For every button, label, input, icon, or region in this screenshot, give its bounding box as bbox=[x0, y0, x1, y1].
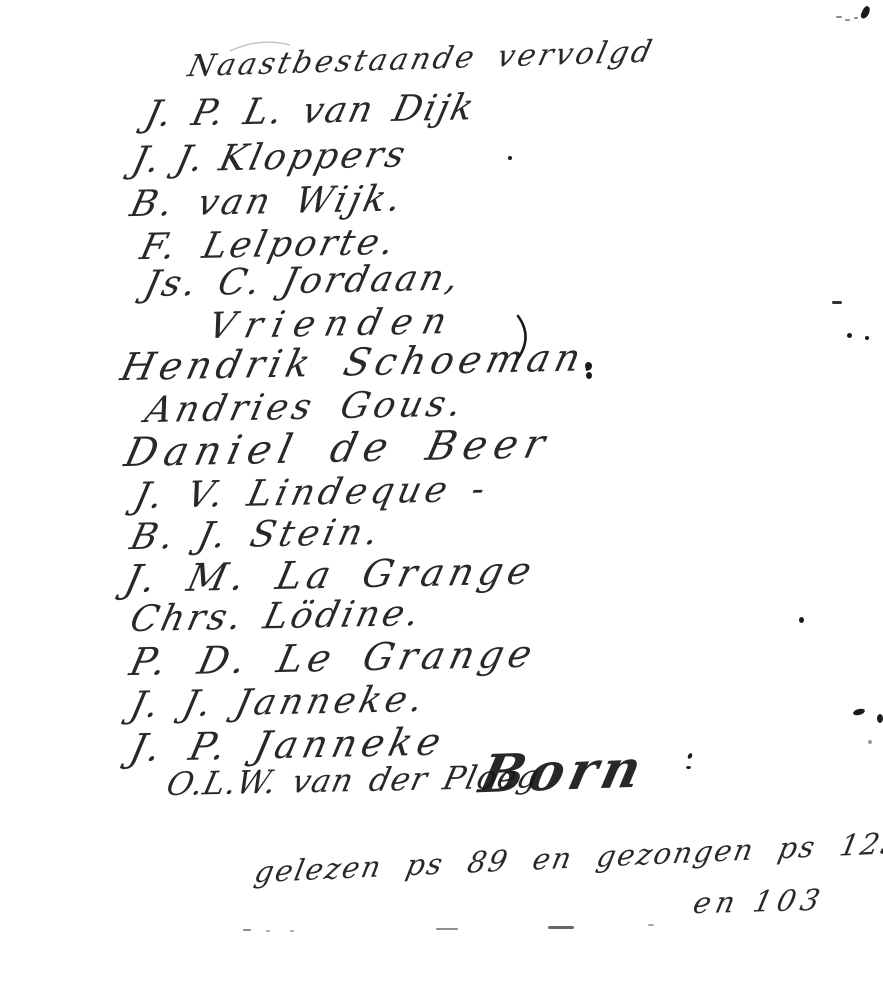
footer-psalms-line-1: gelezen ps 89 en gezongen ps 125:2 bbox=[252, 827, 883, 887]
born-annotation: Born bbox=[475, 743, 651, 801]
ink-speck bbox=[266, 930, 270, 932]
ink-speck bbox=[868, 740, 872, 744]
ink-speck bbox=[845, 19, 850, 21]
name-line-van-dijk: J. P. L. van Dijk bbox=[142, 90, 479, 133]
ink-speck bbox=[877, 714, 883, 723]
name-line-lodine: Chrs. Lödine. bbox=[127, 596, 426, 638]
name-line-stein: B. J. Stein. bbox=[127, 515, 386, 556]
ink-speck bbox=[508, 156, 512, 160]
ink-speck bbox=[686, 766, 691, 769]
ink-speck bbox=[290, 930, 294, 932]
name-line-le-grange: P. D. Le Grange bbox=[126, 635, 540, 682]
ink-speck bbox=[585, 362, 592, 370]
footer-psalms-line-2: en 103 bbox=[691, 886, 828, 919]
name-line-jordaan: Js. C. Jordaan, bbox=[141, 260, 465, 303]
ink-speck bbox=[648, 924, 654, 926]
ink-speck bbox=[860, 5, 872, 20]
ink-speck bbox=[586, 372, 592, 379]
ink-speck bbox=[687, 752, 693, 759]
ink-speck bbox=[865, 336, 869, 340]
ink-speck bbox=[832, 301, 842, 304]
name-line-gous: Andries Gous. bbox=[142, 386, 469, 429]
ink-speck bbox=[854, 17, 858, 19]
pen-flourish-mark bbox=[514, 314, 536, 364]
ink-speck bbox=[847, 333, 852, 338]
ink-speck bbox=[243, 929, 251, 931]
ink-speck bbox=[548, 926, 574, 929]
name-line-lindeque: J. V. Lindeque - bbox=[131, 472, 492, 516]
ink-speck bbox=[852, 708, 865, 717]
ink-speck bbox=[836, 16, 842, 18]
scanned-document-page: Naastbestaande vervolgd J. P. L. van Dij… bbox=[0, 0, 883, 1000]
ink-speck bbox=[799, 617, 804, 623]
name-line-de-beer: Daniel de Beer bbox=[121, 424, 556, 473]
name-line-van-wijk: B. van Wijk. bbox=[127, 181, 407, 223]
name-line-janneke-1: J. J. Janneke. bbox=[127, 682, 430, 724]
name-line-la-grange: J. M. La Grange bbox=[121, 551, 540, 598]
ink-speck bbox=[436, 928, 458, 930]
name-line-kloppers: J. J. Kloppers bbox=[129, 137, 411, 179]
